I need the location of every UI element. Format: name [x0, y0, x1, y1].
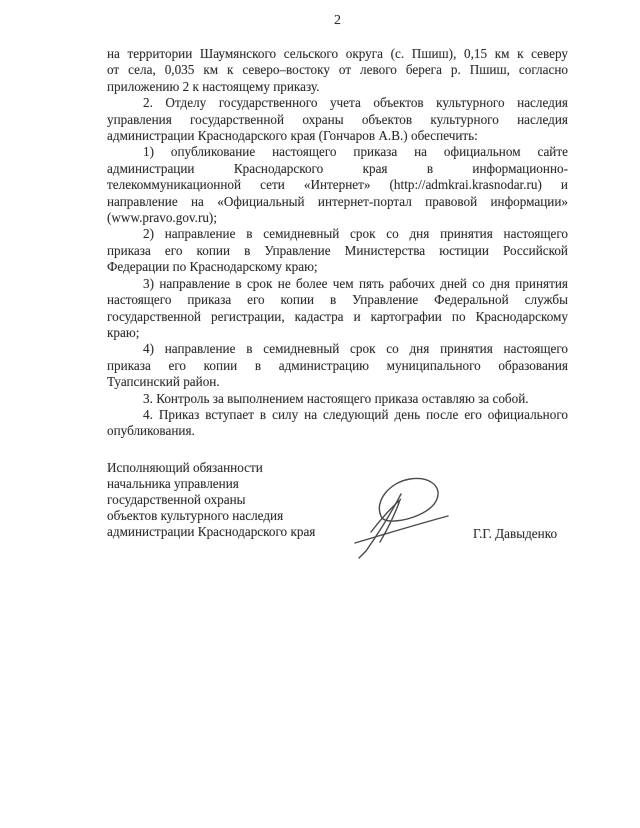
- text-line: направление на «Официальный интернет-пор…: [107, 194, 568, 210]
- paragraph: 3) направление в срок не более чем пять …: [107, 276, 568, 342]
- text-line: Туапсинский район.: [107, 374, 568, 390]
- document-page: 2 на территории Шаумянского сельского ок…: [0, 0, 640, 828]
- text-line: от села, 0,035 км к северо–востоку от ле…: [107, 62, 568, 78]
- signature-role-block: Исполняющий обязанностиначальника управл…: [107, 460, 407, 540]
- text-line: 3) направление в срок не более чем пять …: [107, 276, 568, 292]
- paragraph: 1) опубликование настоящего приказа на о…: [107, 144, 568, 226]
- text-line: 4) направление в семидневный срок со дня…: [107, 341, 568, 357]
- text-line: краю;: [107, 325, 568, 341]
- text-line: 1) опубликование настоящего приказа на о…: [107, 144, 568, 160]
- text-line: приказа его копии в администрацию муници…: [107, 358, 568, 374]
- paragraph: 2. Отделу государственного учета объекто…: [107, 95, 568, 144]
- paragraph: 4. Приказ вступает в силу на следующий д…: [107, 407, 568, 440]
- text-line: 4. Приказ вступает в силу на следующий д…: [107, 407, 568, 423]
- signature-role-line: Исполняющий обязанности: [107, 460, 407, 476]
- paragraph: 3. Контроль за выполнением настоящего пр…: [107, 391, 568, 407]
- page-number: 2: [107, 13, 568, 29]
- document-body: на территории Шаумянского сельского окру…: [107, 46, 568, 440]
- text-line: управления государственной охраны объект…: [107, 112, 568, 128]
- signatory-name: Г.Г. Давыденко: [473, 526, 557, 542]
- text-line: приложению 2 к настоящему приказу.: [107, 79, 568, 95]
- signature-role-line: государственной охраны: [107, 492, 407, 508]
- text-line: телекоммуникационной сети «Интернет» (ht…: [107, 177, 568, 193]
- signature-role-line: объектов культурного наследия: [107, 508, 407, 524]
- signature-role-line: администрации Краснодарского края: [107, 524, 407, 540]
- text-line: администрации Краснодарского края в инфо…: [107, 161, 568, 177]
- text-line: 3. Контроль за выполнением настоящего пр…: [107, 391, 568, 407]
- text-line: на территории Шаумянского сельского окру…: [107, 46, 568, 62]
- text-line: 2. Отделу государственного учета объекто…: [107, 95, 568, 111]
- text-line: (www.pravo.gov.ru);: [107, 210, 568, 226]
- text-line: Федерации по Краснодарскому краю;: [107, 259, 568, 275]
- text-line: 2) направление в семидневный срок со дня…: [107, 226, 568, 242]
- text-line: приказа его копии в Управление Министерс…: [107, 243, 568, 259]
- text-line: администрации Краснодарского края (Гонча…: [107, 128, 568, 144]
- text-line: государственной регистрации, кадастра и …: [107, 309, 568, 325]
- paragraph: 2) направление в семидневный срок со дня…: [107, 226, 568, 275]
- paragraph: на территории Шаумянского сельского окру…: [107, 46, 568, 95]
- signature-role-line: начальника управления: [107, 476, 407, 492]
- paragraph: 4) направление в семидневный срок со дня…: [107, 341, 568, 390]
- text-line: настоящего приказа его копии в Управлени…: [107, 292, 568, 308]
- text-line: опубликования.: [107, 423, 568, 439]
